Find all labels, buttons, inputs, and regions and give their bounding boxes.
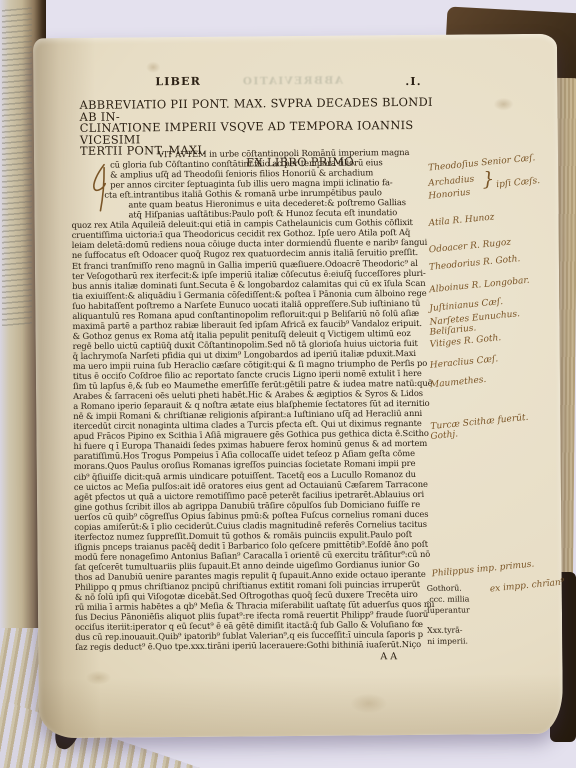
printed-margin-notes: Gothorū..ccc. milliaſuperanturXxx.tyrā-n… bbox=[33, 34, 563, 739]
printed-margin-note: ſuperantur bbox=[427, 606, 470, 615]
printed-margin-note: Xxx.tyrā- bbox=[427, 626, 462, 635]
book-photo: LIBER ABBREVIATIO .I. ABBREVIATIO PII PO… bbox=[0, 0, 576, 768]
printed-margin-note: Gothorū. bbox=[427, 584, 462, 593]
page-content: LIBER ABBREVIATIO .I. ABBREVIATIO PII PO… bbox=[33, 34, 563, 739]
printed-margin-note: ni imperii. bbox=[427, 637, 468, 646]
printed-margin-note: .ccc. millia bbox=[427, 595, 470, 604]
signature-mark: AA bbox=[380, 651, 400, 662]
book-page: LIBER ABBREVIATIO .I. ABBREVIATIO PII PO… bbox=[33, 34, 563, 739]
